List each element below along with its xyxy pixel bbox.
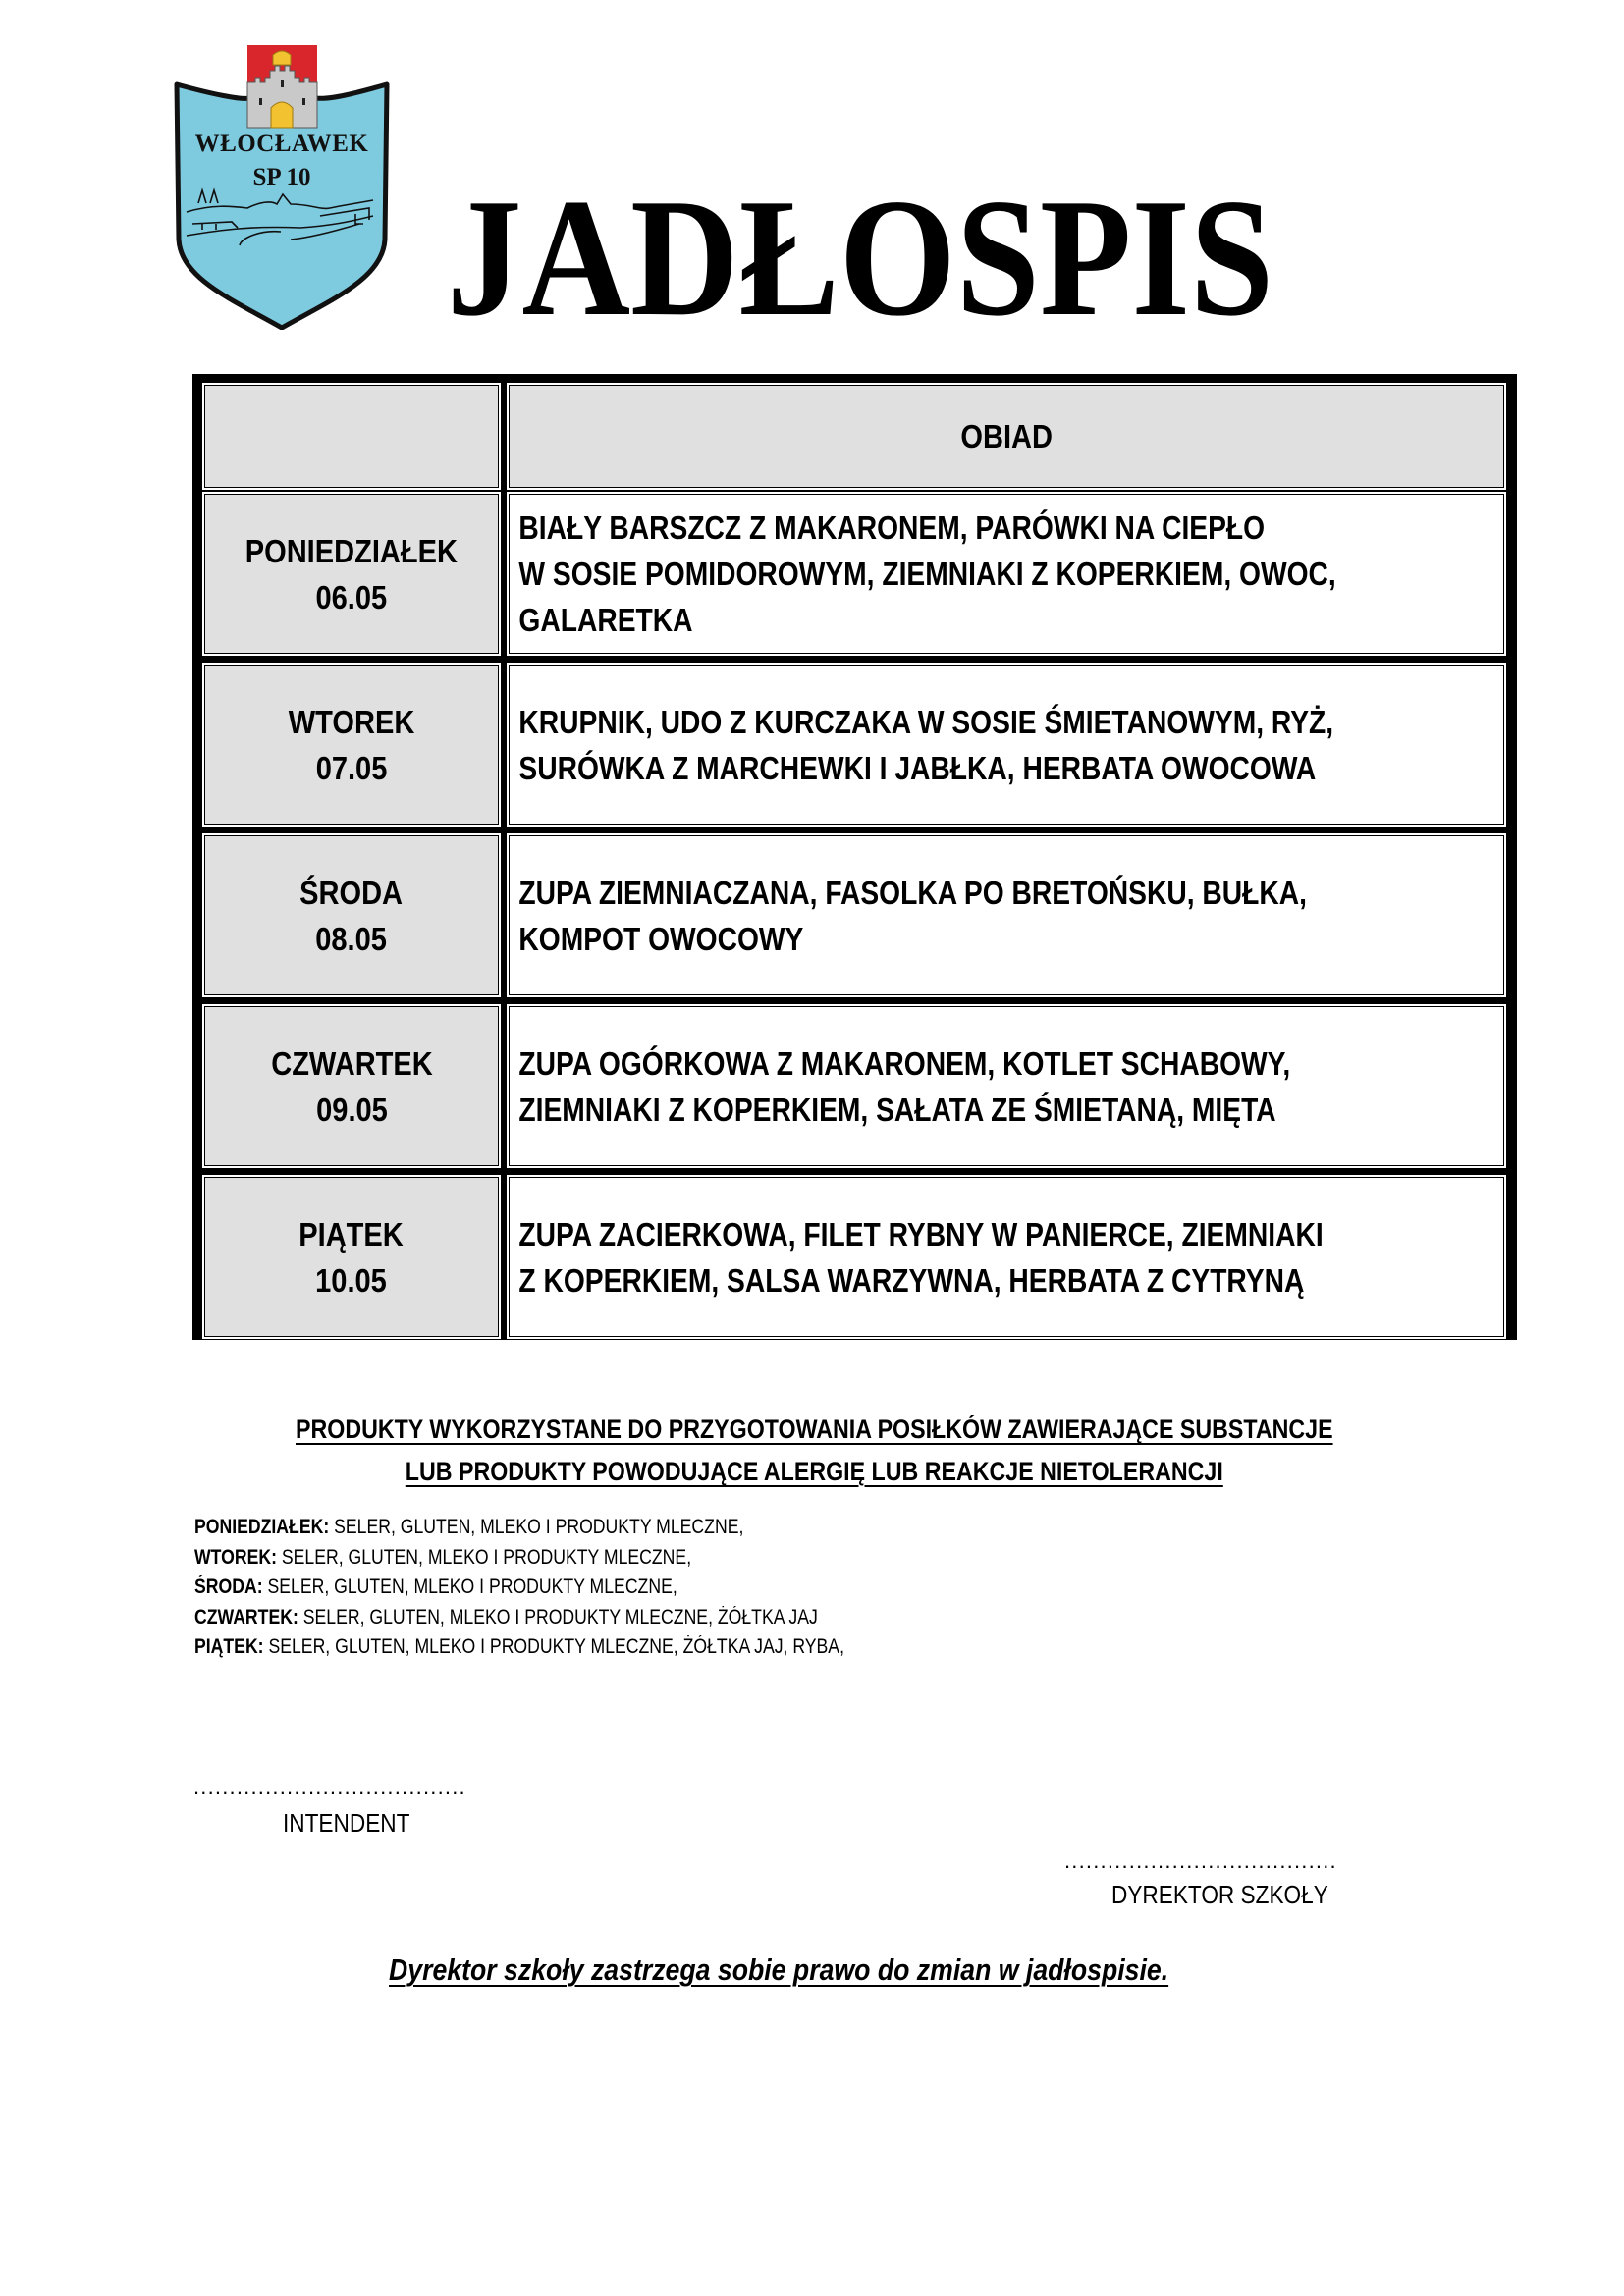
director-signature-line: ...................................... (1064, 1850, 1337, 1872)
intendent-label: INTENDENT (283, 1808, 409, 1838)
meal-line: W SOSIE POMIDOROWYM, ZIEMNIAKI Z KOPERKI… (518, 551, 1335, 597)
day-date: 10.05 (299, 1257, 404, 1304)
meal-cell: ZUPA OGÓRKOWA Z MAKARONEM, KOTLET SCHABO… (510, 1007, 1503, 1165)
meal-line: ZIEMNIAKI Z KOPERKIEM, SAŁATA ZE ŚMIETAN… (518, 1087, 1290, 1133)
meal-line: ZUPA ZACIERKOWA, FILET RYBNY W PANIERCE,… (518, 1211, 1323, 1257)
day-name: WTOREK (289, 699, 415, 745)
day-name: PONIEDZIAŁEK (245, 528, 458, 574)
day-date: 07.05 (289, 745, 415, 791)
meal-line: BIAŁY BARSZCZ Z MAKARONEM, PARÓWKI NA CI… (518, 505, 1335, 551)
meal-line: ZUPA OGÓRKOWA Z MAKARONEM, KOTLET SCHABO… (518, 1041, 1290, 1087)
meal-line: Z KOPERKIEM, SALSA WARZYWNA, HERBATA Z C… (518, 1257, 1323, 1304)
meal-line: GALARETKA (518, 597, 1335, 643)
meal-line: SURÓWKA Z MARCHEWKI I JABŁKA, HERBATA OW… (518, 745, 1333, 791)
meal-description: KRUPNIK, UDO Z KURCZAKA W SOSIE ŚMIETANO… (510, 699, 1333, 791)
meal-description: ZUPA ZIEMNIACZANA, FASOLKA PO BRETOŃSKU,… (510, 870, 1307, 962)
day-date: 06.05 (245, 574, 458, 620)
meal-description: ZUPA OGÓRKOWA Z MAKARONEM, KOTLET SCHABO… (510, 1041, 1290, 1133)
allergen-item: CZWARTEK: SELER, GLUTEN, MLEKO I PRODUKT… (194, 1603, 844, 1633)
school-logo: WŁOCŁAWEK SP 10 (173, 43, 391, 330)
day-name: PIĄTEK (299, 1211, 404, 1257)
logo-school: SP 10 (173, 163, 391, 192)
page-title: JADŁOSPIS (447, 165, 1098, 351)
day-cell: PIĄTEK10.05 (205, 1178, 498, 1336)
allergen-list: PONIEDZIAŁEK: SELER, GLUTEN, MLEKO I PRO… (194, 1513, 968, 1663)
allergen-item: PIĄTEK: SELER, GLUTEN, MLEKO I PRODUKTY … (194, 1632, 844, 1663)
allergen-item: ŚRODA: SELER, GLUTEN, MLEKO I PRODUKTY M… (194, 1573, 844, 1603)
meal-cell: BIAŁY BARSZCZ Z MAKARONEM, PARÓWKI NA CI… (510, 495, 1503, 653)
day-date: 09.05 (271, 1087, 433, 1133)
disclaimer-note: Dyrektor szkoły zastrzega sobie prawo do… (389, 1951, 1243, 1989)
allergen-heading-line-2: LUB PRODUKTY POWODUJĄCE ALERGIĘ LUB REAK… (196, 1452, 1432, 1491)
allergen-heading-line-1: PRODUKTY WYKORZYSTANE DO PRZYGOTOWANIA P… (196, 1410, 1432, 1449)
day-cell: WTOREK07.05 (205, 666, 498, 824)
day-cell: CZWARTEK09.05 (205, 1007, 498, 1165)
meal-line: ZUPA ZIEMNIACZANA, FASOLKA PO BRETOŃSKU,… (518, 870, 1307, 916)
meal-description: ZUPA ZACIERKOWA, FILET RYBNY W PANIERCE,… (510, 1211, 1324, 1304)
day-name: CZWARTEK (271, 1041, 433, 1087)
meal-cell: KRUPNIK, UDO Z KURCZAKA W SOSIE ŚMIETANO… (510, 666, 1503, 824)
intendent-signature-line: ...................................... (193, 1777, 466, 1798)
meal-line: KRUPNIK, UDO Z KURCZAKA W SOSIE ŚMIETANO… (518, 699, 1333, 745)
meal-description: BIAŁY BARSZCZ Z MAKARONEM, PARÓWKI NA CI… (510, 505, 1336, 643)
menu-table: OBIAD PONIEDZIAŁEK06.05BIAŁY BARSZCZ Z M… (192, 374, 1517, 1340)
meal-cell: ZUPA ZIEMNIACZANA, FASOLKA PO BRETOŃSKU,… (510, 836, 1503, 994)
header-meal-label: OBIAD (960, 413, 1053, 459)
allergen-item: PONIEDZIAŁEK: SELER, GLUTEN, MLEKO I PRO… (194, 1513, 844, 1543)
day-cell: PONIEDZIAŁEK06.05 (205, 495, 498, 653)
director-label: DYREKTOR SZKOŁY (1111, 1880, 1328, 1909)
allergen-item: WTOREK: SELER, GLUTEN, MLEKO I PRODUKTY … (194, 1543, 844, 1574)
header-meal-cell: OBIAD (510, 386, 1503, 487)
meal-cell: ZUPA ZACIERKOWA, FILET RYBNY W PANIERCE,… (510, 1178, 1503, 1336)
logo-city: WŁOCŁAWEK (173, 130, 391, 159)
day-name: ŚRODA (300, 870, 404, 916)
meal-line: KOMPOT OWOCOWY (518, 916, 1307, 962)
header-day-cell (205, 386, 498, 487)
day-cell: ŚRODA08.05 (205, 836, 498, 994)
day-date: 08.05 (300, 916, 404, 962)
